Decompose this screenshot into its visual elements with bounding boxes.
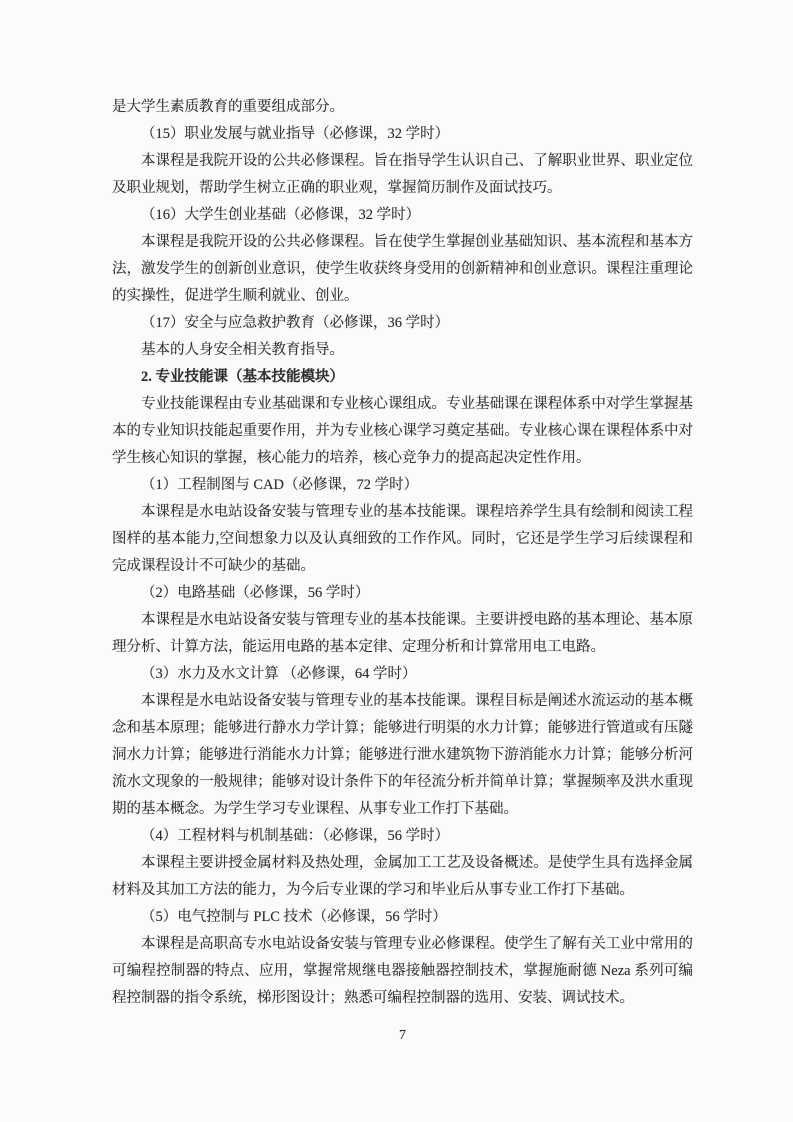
course-2-heading: （2）电路基础（必修课，56 学时） [112,580,693,607]
course-1-description: 本课程是水电站设备安装与管理专业的基本技能课。课程培养学生具有绘制和阅读工程图样… [112,499,693,580]
course-17-description: 基本的人身安全相关教育指导。 [112,337,693,364]
section-2-intro: 专业技能课程由专业基础课和专业核心课组成。专业基础课在课程体系中对学生掌握基本的… [112,391,693,472]
course-1-heading: （1）工程制图与 CAD（必修课，72 学时） [112,472,693,499]
course-5-heading: （5）电气控制与 PLC 技术（必修课，56 学时） [112,904,693,931]
document-page: 是大学生素质教育的重要组成部分。 （15）职业发展与就业指导（必修课，32 学时… [0,0,793,1122]
section-2-heading: 2. 专业技能课（基本技能模块） [112,364,693,391]
course-3-heading: （3）水力及水文计算 （必修课，64 学时） [112,661,693,688]
course-16-heading: （16）大学生创业基础（必修课，32 学时） [112,202,693,229]
course-2-description: 本课程是水电站设备安装与管理专业的基本技能课。主要讲授电路的基本理论、基本原理分… [112,607,693,661]
course-15-heading: （15）职业发展与就业指导（必修课，32 学时） [112,121,693,148]
paragraph-continuation: 是大学生素质教育的重要组成部分。 [112,94,693,121]
course-3-description: 本课程是水电站设备安装与管理专业的基本技能课。课程目标是阐述水流运动的基本概念和… [112,688,693,823]
course-16-description: 本课程是我院开设的公共必修课程。旨在使学生掌握创业基础知识、基本流程和基本方法，… [112,229,693,310]
course-4-heading: （4）工程材料与机制基础：（必修课，56 学时） [112,823,693,850]
course-15-description: 本课程是我院开设的公共必修课程。旨在指导学生认识自己、了解职业世界、职业定位及职… [112,148,693,202]
course-5-description: 本课程是高职高专水电站设备安装与管理专业必修课程。使学生了解有关工业中常用的可编… [112,931,693,1012]
page-number: 7 [112,1022,693,1049]
course-4-description: 本课程主要讲授金属材料及热处理，金属加工工艺及设备概述。是使学生具有选择金属材料… [112,850,693,904]
course-17-heading: （17）安全与应急救护教育（必修课，36 学时） [112,310,693,337]
